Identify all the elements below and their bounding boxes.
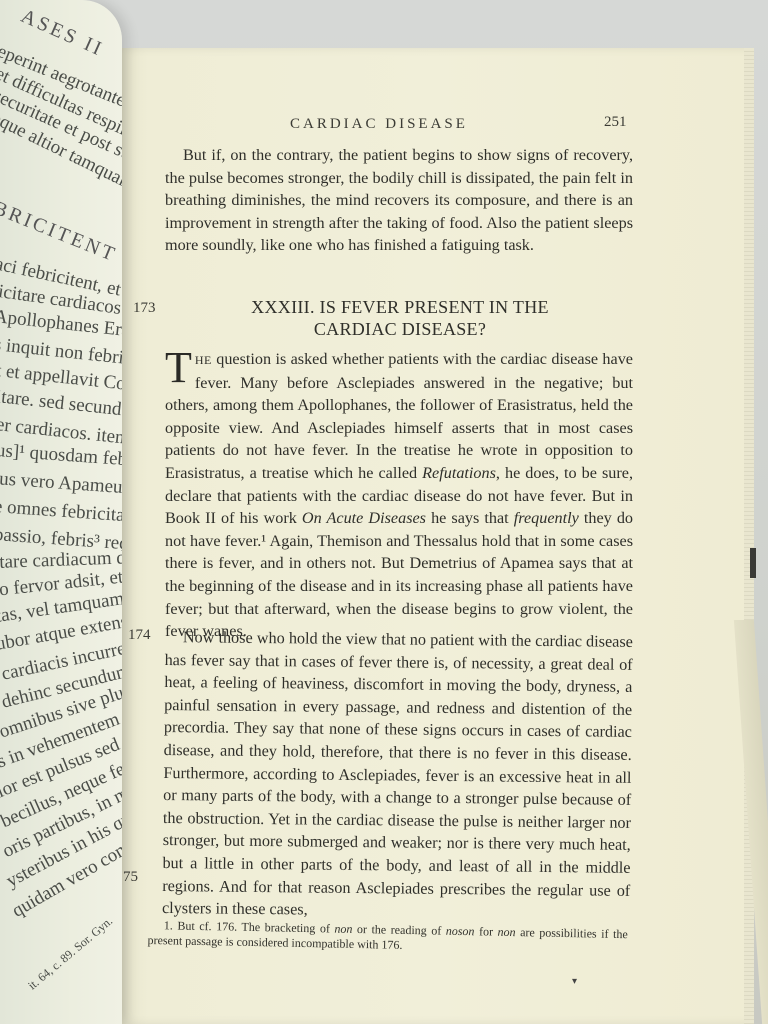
footnote-italic-non: non	[334, 922, 352, 936]
text-segment: for	[474, 924, 497, 938]
footnote-italic-non: non	[497, 925, 515, 939]
section-marker-174: 174	[128, 627, 151, 644]
paragraph-recovery-signs: But if, on the contrary, the patient beg…	[165, 144, 633, 257]
text-segment: they do not have fever.¹ Again, Themison…	[165, 509, 633, 640]
text-segment: or the reading of	[352, 922, 446, 938]
title-on-acute-diseases: On Acute Diseases	[302, 509, 426, 527]
section-marker-175: 75	[123, 869, 138, 886]
paragraph-fever-question: THE question is asked whether patients w…	[165, 348, 633, 643]
page-tab-mark	[750, 548, 756, 578]
chapter-heading-line-2: CARDIAC DISEASE?	[165, 318, 635, 340]
drop-cap-rest: HE	[195, 353, 212, 367]
left-page-line: it. 64, c. 89. Sor. Gyn.	[25, 914, 116, 993]
left-page: ASES IIeperint aegrotantes, pet difficul…	[0, 0, 122, 1024]
text-segment: question is asked whether patients with …	[165, 350, 633, 482]
chapter-heading-line-1: XXXIII. IS FEVER PRESENT IN THE	[165, 296, 635, 318]
left-page-line: e omnes febricitare; p	[0, 496, 122, 529]
ink-speck: ▾	[572, 976, 577, 987]
drop-cap: T	[165, 350, 192, 386]
section-marker-173: 173	[133, 300, 156, 317]
chapter-heading: XXXIII. IS FEVER PRESENT IN THE CARDIAC …	[165, 296, 635, 340]
footnote-italic-noson: noson	[446, 924, 475, 939]
title-refutations: Refutations	[422, 464, 496, 482]
left-page-line: ius vero Apameus² in	[0, 468, 122, 501]
emphasis-frequently: frequently	[514, 509, 579, 527]
text-segment: he says that	[426, 509, 514, 527]
running-head: CARDIAC DISEASE	[290, 116, 468, 133]
page-number: 251	[604, 114, 627, 131]
paragraph-no-fever-view: Now those who hold the view that no pati…	[162, 626, 633, 925]
